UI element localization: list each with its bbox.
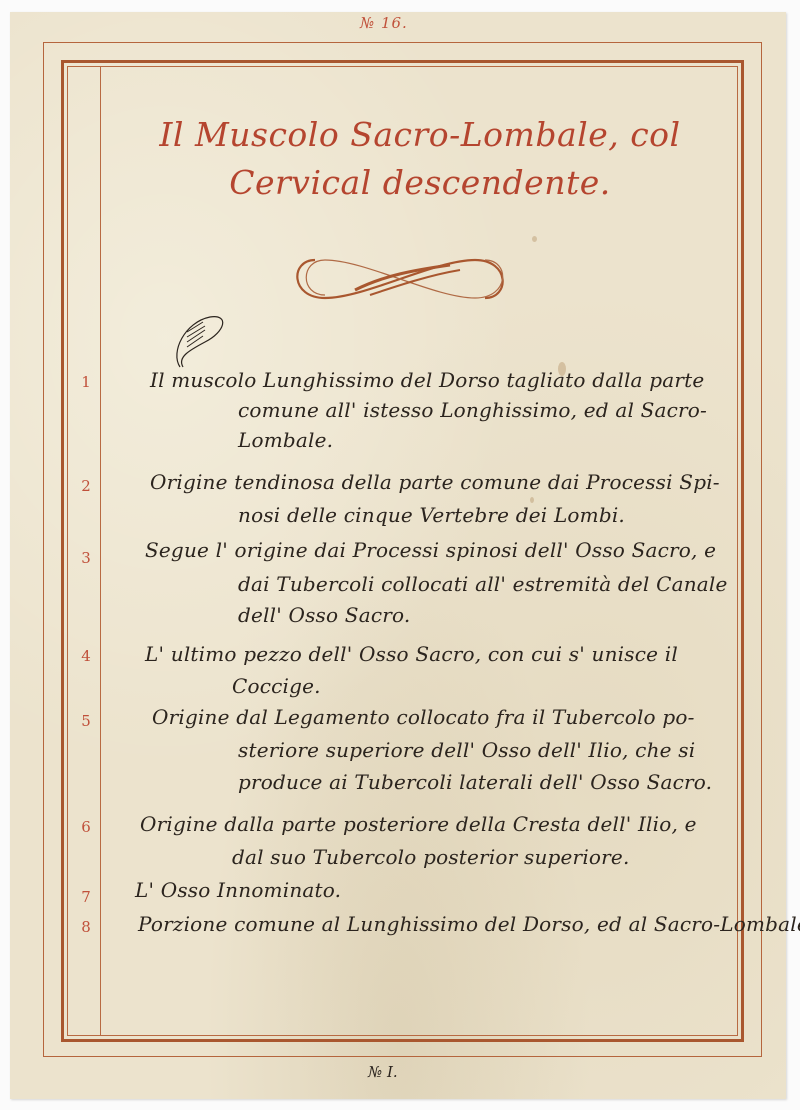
entry-5-line-2: steriore superiore dell' Osso dell' Ilio… <box>238 738 695 762</box>
margin-number-1: 1 <box>72 373 100 391</box>
entry-5-line-3: produce ai Tubercoli laterali dell' Osso… <box>238 770 712 794</box>
margin-number-8: 8 <box>72 918 100 936</box>
margin-number-6: 6 <box>72 818 100 836</box>
entry-4-line-1: L' ultimo pezzo dell' Osso Sacro, con cu… <box>145 642 678 666</box>
entry-2-line-2: nosi delle cinque Vertebre dei Lombi. <box>238 503 625 527</box>
margin-number-7: 7 <box>72 888 100 906</box>
catchword-footer: № I. <box>368 1063 398 1081</box>
entry-1-line-3: Lombale. <box>238 428 333 452</box>
initial-letter-ornament-icon <box>165 312 235 372</box>
entry-6-line-1: Origine dalla parte posteriore della Cre… <box>140 812 697 836</box>
entry-4-line-2: Coccige. <box>232 674 321 698</box>
margin-number-3: 3 <box>72 549 100 567</box>
margin-column-rule <box>100 67 101 1035</box>
entry-8-line-1: Porzione comune al Lunghissimo del Dorso… <box>138 912 800 936</box>
page-number-header: № 16. <box>360 14 408 32</box>
entry-5-line-1: Origine dal Legamento collocato fra il T… <box>152 705 695 729</box>
margin-number-2: 2 <box>72 477 100 495</box>
paper-stain <box>532 236 537 242</box>
entry-3-line-2: dai Tubercoli collocati all' estremità d… <box>238 572 728 596</box>
entry-1-line-2: comune all' istesso Longhissimo, ed al S… <box>238 398 707 422</box>
entry-1-line-1: Il muscolo Lunghissimo del Dorso tagliat… <box>150 368 704 392</box>
entry-3-line-1: Segue l' origine dai Processi spinosi de… <box>145 538 716 562</box>
margin-number-4: 4 <box>72 647 100 665</box>
entry-2-line-1: Origine tendinosa della parte comune dai… <box>150 470 720 494</box>
calligraphic-flourish-icon <box>285 250 515 305</box>
entry-7-line-1: L' Osso Innominato. <box>135 878 341 902</box>
entry-6-line-2: dal suo Tubercolo posterior superiore. <box>232 845 630 869</box>
margin-number-5: 5 <box>72 712 100 730</box>
entry-3-line-3: dell' Osso Sacro. <box>238 603 410 627</box>
page-title-line-2: Cervical descendente. <box>100 160 740 206</box>
page-title-line-1: Il Muscolo Sacro-Lombale, col <box>100 112 740 158</box>
